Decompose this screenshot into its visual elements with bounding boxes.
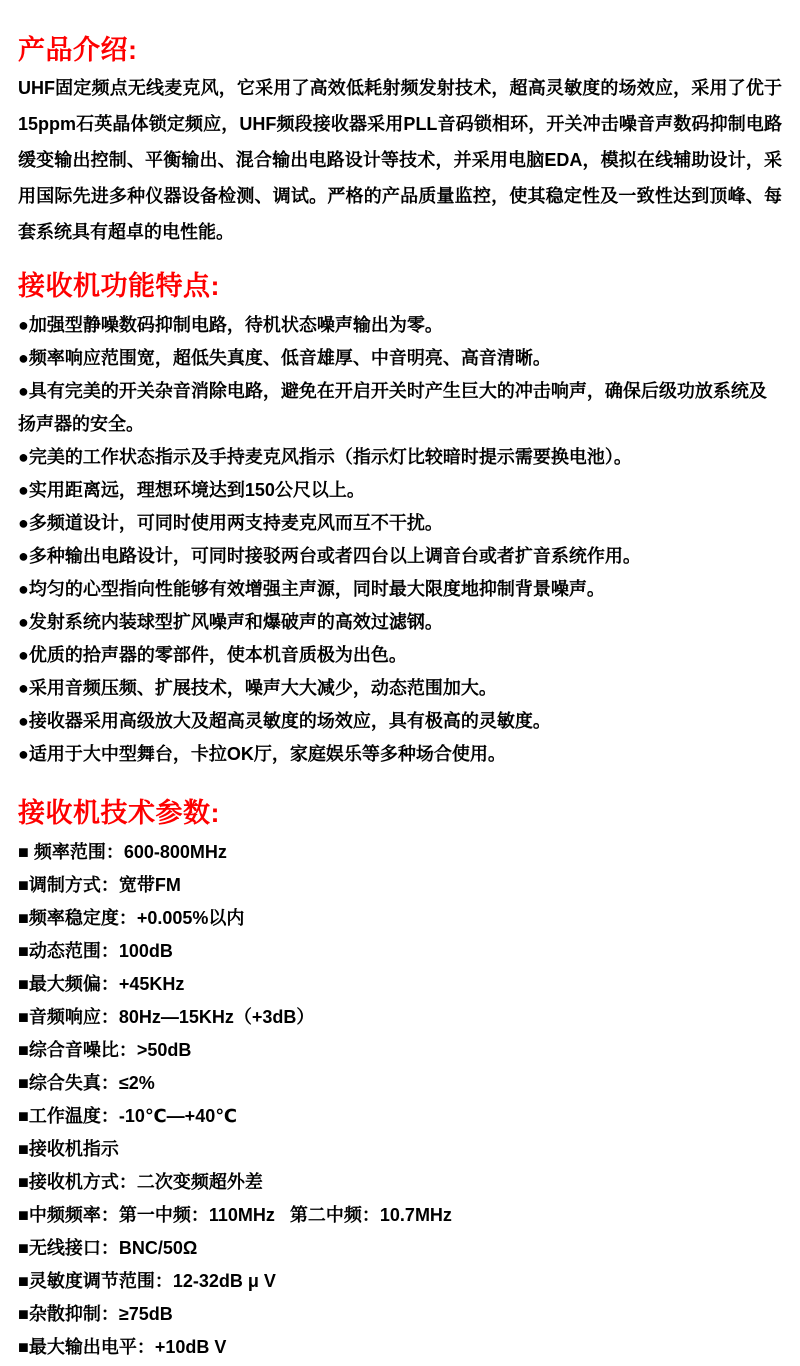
- spec-item: ■接收机方式：二次变频超外差: [18, 1166, 782, 1199]
- spec-item: ■杂散抑制：≥75dB: [18, 1298, 782, 1331]
- spec-item: ■综合失真：≤2%: [18, 1067, 782, 1100]
- feature-item: ●多种输出电路设计，可同时接驳两台或者四台以上调音台或者扩音系统作用。: [18, 540, 782, 573]
- feature-item: ●均匀的心型指向性能够有效增强主声源，同时最大限度地抑制背景噪声。: [18, 573, 782, 606]
- feature-item: ●采用音频压频、扩展技术，噪声大大减少，动态范围加大。: [18, 672, 782, 705]
- section-receiver-features: 接收机功能特点: ●加强型静噪数码抑制电路，待机状态噪声输出为零。●频率响应范围…: [18, 270, 782, 771]
- feature-item: ●接收器采用高级放大及超高灵敏度的场效应，具有极高的灵敏度。: [18, 705, 782, 738]
- receiver-specs-list: ■ 频率范围：600-800MHz■调制方式：宽带FM■频率稳定度：+0.005…: [18, 836, 782, 1364]
- feature-item: ●加强型静噪数码抑制电路，待机状态噪声输出为零。: [18, 309, 782, 342]
- feature-item: ●完美的工作状态指示及手持麦克风指示（指示灯比较暗时提示需要换电池）。: [18, 441, 782, 474]
- spec-item: ■ 频率范围：600-800MHz: [18, 836, 782, 869]
- spec-item: ■工作温度：-10℃—+40℃: [18, 1100, 782, 1133]
- feature-item: ●适用于大中型舞台，卡拉OK厅，家庭娱乐等多种场合使用。: [18, 738, 782, 771]
- section-receiver-specs: 接收机技术参数: ■ 频率范围：600-800MHz■调制方式：宽带FM■频率稳…: [18, 797, 782, 1364]
- spec-item: ■最大频偏：+45KHz: [18, 968, 782, 1001]
- spec-item: ■综合音噪比：>50dB: [18, 1034, 782, 1067]
- feature-item: ●多频道设计，可同时使用两支持麦克风而互不干扰。: [18, 507, 782, 540]
- spec-item: ■接收机指示: [18, 1133, 782, 1166]
- spec-item: ■灵敏度调节范围：12-32dB μ V: [18, 1265, 782, 1298]
- product-intro-heading: 产品介绍:: [18, 34, 782, 66]
- spec-item: ■无线接口：BNC/50Ω: [18, 1232, 782, 1265]
- spec-item: ■中频频率：第一中频：110MHz 第二中频：10.7MHz: [18, 1199, 782, 1232]
- spec-item: ■调制方式：宽带FM: [18, 869, 782, 902]
- feature-item: ●实用距离远，理想环境达到150公尺以上。: [18, 474, 782, 507]
- product-intro-paragraph: UHF固定频点无线麦克风，它采用了高效低耗射频发射技术，超高灵敏度的场效应，采用…: [18, 70, 782, 250]
- feature-item: ●优质的拾声器的零部件，使本机音质极为出色。: [18, 639, 782, 672]
- receiver-features-heading: 接收机功能特点:: [18, 270, 782, 302]
- feature-item: ●发射系统内装球型扩风噪声和爆破声的高效过滤钢。: [18, 606, 782, 639]
- spec-item: ■音频响应：80Hz—15KHz（+3dB）: [18, 1001, 782, 1034]
- spec-item: ■动态范围：100dB: [18, 935, 782, 968]
- receiver-features-list: ●加强型静噪数码抑制电路，待机状态噪声输出为零。●频率响应范围宽，超低失真度、低…: [18, 309, 782, 771]
- product-description-page: 产品介绍: UHF固定频点无线麦克风，它采用了高效低耗射频发射技术，超高灵敏度的…: [0, 0, 800, 1366]
- feature-item: ●具有完美的开关杂音消除电路，避免在开启开关时产生巨大的冲击响声，确保后级功放系…: [18, 375, 782, 441]
- section-product-intro: 产品介绍: UHF固定频点无线麦克风，它采用了高效低耗射频发射技术，超高灵敏度的…: [18, 34, 782, 250]
- spec-item: ■频率稳定度：+0.005%以内: [18, 902, 782, 935]
- feature-item: ●频率响应范围宽，超低失真度、低音雄厚、中音明亮、高音清晰。: [18, 342, 782, 375]
- receiver-specs-heading: 接收机技术参数:: [18, 797, 782, 829]
- spec-item: ■最大输出电平：+10dB V: [18, 1331, 782, 1364]
